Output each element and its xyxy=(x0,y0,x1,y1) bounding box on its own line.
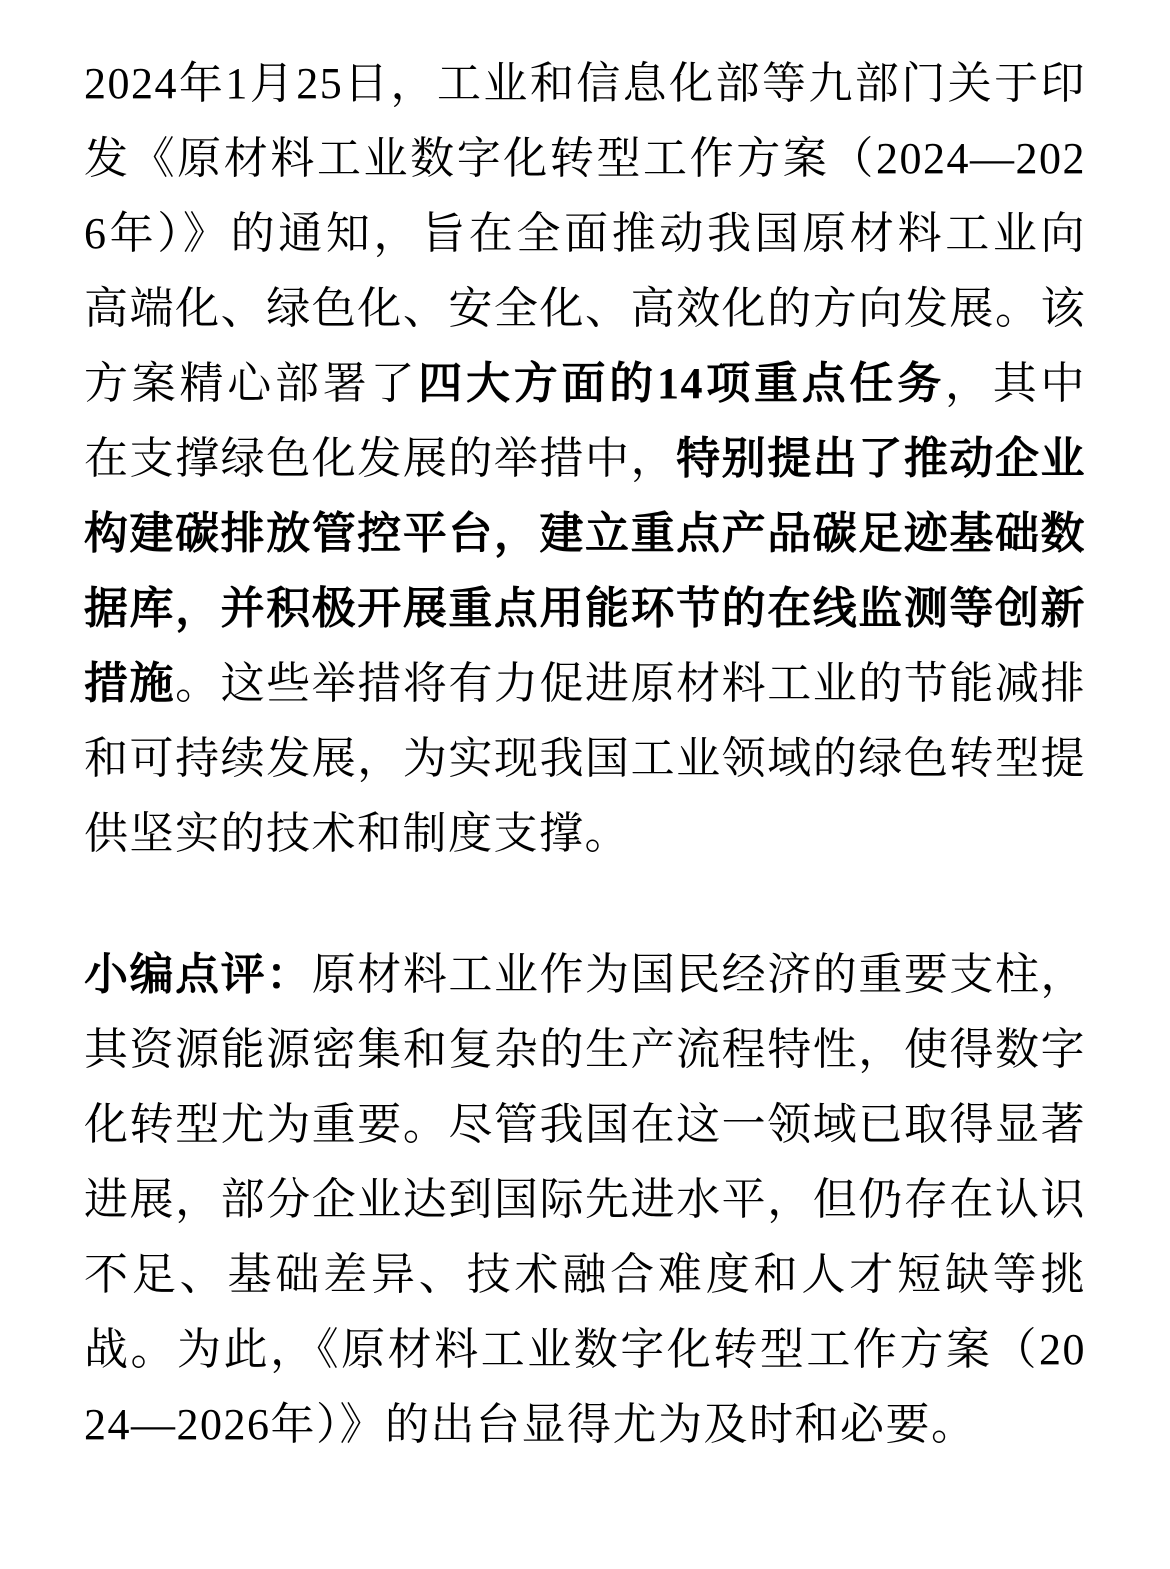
article-page: 2024年1月25日，工业和信息化部等九部门关于印发《原材料工业数字化转型工作方… xyxy=(0,0,1170,1569)
highlight-14-key-tasks: 四大方面的14项重点任务 xyxy=(418,359,945,408)
editor-note-text: 原材料工业作为国民经济的重要支柱，其资源能源密集和复杂的生产流程特性，使得数字化… xyxy=(84,950,1086,1449)
intro-opening-text: 2024年1月25日，工业和信息化部等九部门关于印发《原材料工业数字化转型工作方… xyxy=(84,59,1086,408)
editor-note-label: 小编点评： xyxy=(84,950,312,999)
intro-paragraph: 2024年1月25日，工业和信息化部等九部门关于印发《原材料工业数字化转型工作方… xyxy=(84,46,1086,871)
article-body: 2024年1月25日，工业和信息化部等九部门关于印发《原材料工业数字化转型工作方… xyxy=(84,46,1086,1462)
editor-note-paragraph: 小编点评：原材料工业作为国民经济的重要支柱，其资源能源密集和复杂的生产流程特性，… xyxy=(84,937,1086,1462)
intro-closing-text: 。这些举措将有力促进原材料工业的节能减排和可持续发展，为实现我国工业领域的绿色转… xyxy=(84,659,1086,858)
